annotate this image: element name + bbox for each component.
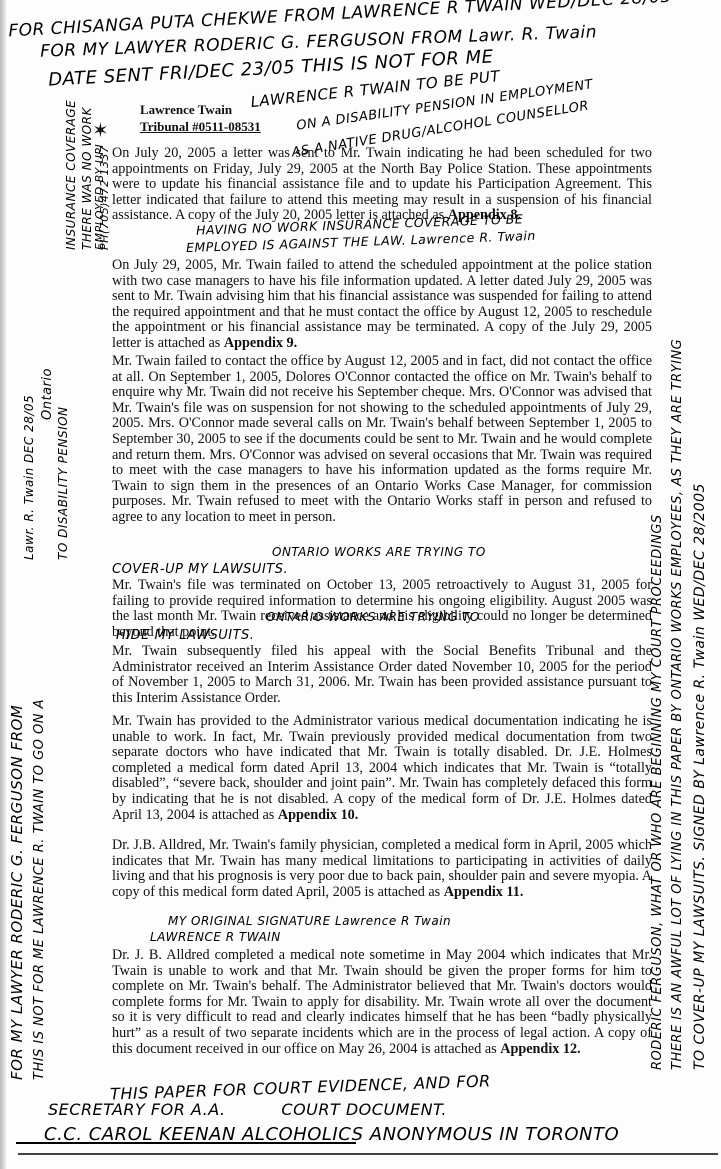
paragraph-2: On July 29, 2005, Mr. Twain failed to at…: [112, 258, 652, 352]
paragraph-text: Mr. Twain has provided to the Administra…: [112, 713, 652, 823]
paragraph-text: Mr. Twain subsequently filed his appeal …: [112, 643, 652, 706]
document-tribunal-number: Tribunal #0511-08531: [140, 119, 261, 135]
scan-edge-shadow: [0, 0, 6, 1169]
handwritten-annotation-coverup-2: COVER-UP MY LAWSUITS.: [112, 562, 288, 577]
paragraph-5: Mr. Twain subsequently filed his appeal …: [112, 644, 652, 706]
left-margin-note-lower-1: FOR MY LAWYER RODERIC G. FERGUSON FROM: [8, 705, 26, 1080]
left-margin-note-box-5: PH(705)472 1337: [98, 146, 111, 250]
handwritten-note-bottom-2: SECRETARY FOR A.A. COURT DOCUMENT.: [48, 1100, 447, 1119]
left-margin-note-lower-2: THIS IS NOT FOR ME LAWRENCE R. TWAIN TO …: [32, 699, 47, 1080]
handwritten-underline: [16, 1142, 356, 1144]
handwritten-annotation-signature-2: LAWRENCE R TWAIN: [150, 930, 281, 944]
paragraph-3: Mr. Twain failed to contact the office b…: [112, 354, 652, 526]
paragraph-7: Dr. J.B. Alldred, Mr. Twain's family phy…: [112, 838, 652, 900]
appendix-ref: Appendix 9.: [224, 335, 297, 351]
handwritten-note-bottom-1: THIS PAPER FOR COURT EVIDENCE, AND FOR: [110, 1071, 491, 1103]
handwritten-annotation-hide-1: ONTARIO WORKS ARE TRYING TO: [266, 610, 480, 624]
left-margin-note-box-2: INSURANCE COVERAGE: [64, 100, 78, 250]
right-margin-note-3: TO COVER-UP MY LAWSUITS. SIGNED BY Lawre…: [692, 483, 708, 1070]
document-header-name: Lawrence Twain: [140, 102, 232, 118]
right-margin-note-2: THERE IS AN AWFUL LOT OF LYING IN THIS P…: [670, 339, 685, 1070]
appendix-ref: Appendix 11.: [444, 884, 524, 900]
handwritten-annotation-signature-1: MY ORIGINAL SIGNATURE Lawrence R Twain: [168, 914, 451, 928]
paragraph-text: Mr. Twain failed to contact the office b…: [112, 353, 652, 525]
scan-bottom-edge: [18, 1153, 718, 1155]
paragraph-1: On July 20, 2005 a letter was sent to Mr…: [112, 146, 652, 224]
paragraph-8: Dr. J. B. Alldred completed a medical no…: [112, 948, 652, 1057]
appendix-ref: Appendix 10.: [278, 807, 358, 823]
logo-icon: ✶: [92, 118, 109, 143]
paragraph-6: Mr. Twain has provided to the Administra…: [112, 714, 652, 823]
paragraph-text: On July 29, 2005, Mr. Twain failed to at…: [112, 257, 652, 351]
handwritten-annotation-hide-2: HIDE MY LAWSUITS.: [116, 628, 254, 643]
left-margin-note-box-1: THERE WAS NO WORK: [80, 107, 94, 250]
appendix-ref: Appendix 12.: [500, 1041, 580, 1057]
paragraph-text: Dr. J.B. Alldred, Mr. Twain's family phy…: [112, 837, 652, 900]
scanned-document-page: FOR CHISANGA PUTA CHEKWE FROM LAWRENCE R…: [0, 0, 721, 1169]
handwritten-annotation-coverup-1: ONTARIO WORKS ARE TRYING TO: [272, 545, 486, 559]
left-margin-note-side-1: Lawr. R. Twain DEC 28/05: [22, 395, 36, 560]
left-margin-note-side-3: TO DISABILITY PENSION: [56, 406, 70, 560]
right-margin-note-1: RODERIC FERGUSON, WHAT OR WHO ARE BEGINN…: [650, 514, 665, 1070]
left-margin-note-side-2: Ontario: [40, 368, 55, 420]
paragraph-text: On July 20, 2005 a letter was sent to Mr…: [112, 145, 652, 223]
